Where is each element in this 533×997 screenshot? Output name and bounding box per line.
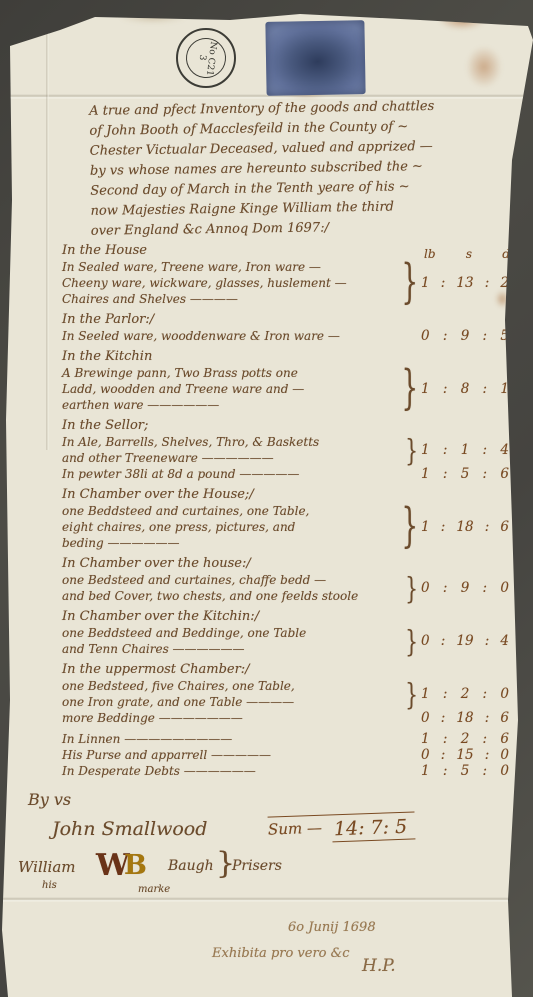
- item-line: eight chaires, one press, pictures, and: [62, 519, 397, 535]
- circular-archive-stamp: No C21 3: [176, 28, 236, 88]
- inventory-row: one Bedsteed, five Chaires, one Table, o…: [62, 678, 509, 710]
- inventory-row: In Sealed ware, Treene ware, Iron ware —…: [62, 259, 509, 307]
- mark-initial-b: B: [124, 850, 147, 881]
- brace-glyph: }: [405, 576, 418, 600]
- rust-stain: [118, 10, 188, 24]
- section-misc: In Linnen ————————— 1:2:6 His Purse and …: [62, 731, 509, 779]
- section-heading: In Chamber over the House;/: [62, 487, 509, 503]
- item-line: A Brewinge pann, Two Brass potts one: [62, 365, 397, 381]
- item-line: one Bedsteed, five Chaires, one Table,: [62, 678, 401, 694]
- brace-glyph: }: [401, 375, 418, 404]
- section-sellor: In the Sellor; In Ale, Barrells, Shelves…: [62, 418, 509, 482]
- sum-total: Sum — 14: 7: 5: [268, 811, 416, 844]
- inventory-row: more Beddinge ——————— 0:18:6: [62, 710, 509, 726]
- item-line: In Desperate Debts ——————: [62, 763, 417, 779]
- section-heading: In the Kitchin: [62, 349, 509, 365]
- item-line: In Sealed ware, Treene ware, Iron ware —: [62, 259, 397, 275]
- inventory-row: His Purse and apparrell ————— 0:15:0: [62, 747, 509, 763]
- item-line: and Tenn Chaires ——————: [62, 641, 401, 657]
- inventory-row: one Beddsteed and curtaines, one Table, …: [62, 503, 509, 551]
- item-line: In pewter 38li at 8d a pound —————: [62, 466, 417, 482]
- brace-glyph: }: [405, 682, 418, 706]
- amount-value: 1:2:0: [421, 686, 509, 702]
- item-line: and other Treeneware ——————: [62, 450, 401, 466]
- item-line: Ladd, woodden and Treene ware and —: [62, 381, 397, 397]
- sum-label: Sum —: [268, 819, 323, 839]
- amount-value: 0:9:5: [421, 328, 509, 344]
- header-line: over England &c Annoq Dom 1697:/: [91, 216, 489, 242]
- item-line: more Beddinge ———————: [62, 710, 417, 726]
- section-kitchin: In the Kitchin A Brewinge pann, Two Bras…: [62, 349, 509, 413]
- item-line: In Ale, Barrells, Shelves, Thro, & Baske…: [62, 434, 401, 450]
- prisers-label: Prisers: [232, 858, 282, 874]
- inventory-row: In Seeled ware, wooddenware & Iron ware …: [62, 328, 509, 344]
- appraiser-last-name: Baugh: [168, 858, 214, 874]
- inventory-row: In Linnen ————————— 1:2:6: [62, 731, 509, 747]
- rust-stain: [466, 46, 502, 88]
- appraiser-signature-mark-row: William his W B marke Baugh } Prisers: [18, 852, 338, 900]
- his-label: his: [42, 880, 57, 891]
- item-line: beding ——————: [62, 535, 397, 551]
- item-line: one Beddsteed and Beddinge, one Table: [62, 625, 401, 641]
- section-uppermost-chamber: In the uppermost Chamber:/ one Bedsteed,…: [62, 662, 509, 726]
- section-house: In the House In Sealed ware, Treene ware…: [62, 243, 509, 307]
- manuscript-photo: No C21 3 A true and pfect Inventory of t…: [0, 0, 533, 997]
- amount-value: 1:18:6: [421, 519, 509, 535]
- amount-value: 0:19:4: [421, 633, 509, 649]
- inventory-row: In pewter 38li at 8d a pound ————— 1:5:6: [62, 466, 509, 482]
- amount-value: 1:13:2: [421, 275, 509, 291]
- amount-value: 1:5:6: [421, 466, 509, 482]
- inventory-row: A Brewinge pann, Two Brass potts one Lad…: [62, 365, 509, 413]
- appraiser-signature-smallwood: John Smallwood: [52, 818, 207, 840]
- section-heading: In the Parlor:/: [62, 312, 509, 328]
- marke-label: marke: [138, 884, 170, 895]
- item-line: Cheeny ware, wickware, glasses, huslemen…: [62, 275, 397, 291]
- sum-value: 14: 7: 5: [332, 815, 416, 842]
- section-parlor: In the Parlor:/ In Seeled ware, wooddenw…: [62, 312, 509, 344]
- brace-glyph: }: [401, 513, 418, 542]
- item-line: one Beddsteed and curtaines, one Table,: [62, 503, 397, 519]
- amount-value: 1:5:0: [421, 763, 509, 779]
- item-line: In Seeled ware, wooddenware & Iron ware …: [62, 328, 417, 344]
- section-heading: In the Sellor;: [62, 418, 509, 434]
- archive-stamp-text: No C21 3: [184, 36, 229, 81]
- item-line: earthen ware ——————: [62, 397, 397, 413]
- mark-initial-w: W: [96, 848, 128, 883]
- item-line: His Purse and apparrell —————: [62, 747, 417, 763]
- section-chamber-over-house: In Chamber over the House;/ one Beddstee…: [62, 487, 509, 551]
- rust-stain: [438, 10, 486, 30]
- amount-value: 1:2:6: [421, 731, 509, 747]
- inventory-row: one Beddsteed and Beddinge, one Table an…: [62, 625, 509, 657]
- probate-date: 6o Junij 1698: [288, 920, 376, 935]
- item-line: Chaires and Shelves ————: [62, 291, 397, 307]
- inventory-row: In Ale, Barrells, Shelves, Thro, & Baske…: [62, 434, 509, 466]
- inventory-header: A true and pfect Inventory of the goods …: [89, 96, 489, 242]
- amount-value: 1:1:4: [421, 442, 509, 458]
- blue-revenue-stamp-icon: [265, 20, 365, 96]
- amount-value: 0:9:0: [421, 580, 509, 596]
- inventory-row: In Desperate Debts —————— 1:5:0: [62, 763, 509, 779]
- amount-value: 1:8:1: [421, 381, 509, 397]
- by-us-label: By vs: [28, 790, 71, 809]
- section-chamber-over-house-2: In Chamber over the house:/ one Bedsteed…: [62, 556, 509, 604]
- item-line: one Iron grate, and one Table ————: [62, 694, 401, 710]
- brace-glyph: }: [405, 629, 418, 653]
- vertical-crease: [46, 20, 49, 450]
- amount-value: 0:18:6: [421, 710, 509, 726]
- section-heading: In the uppermost Chamber:/: [62, 662, 509, 678]
- item-line: In Linnen —————————: [62, 731, 417, 747]
- amount-value: 0:15:0: [421, 747, 509, 763]
- section-heading: In Chamber over the house:/: [62, 556, 509, 572]
- inventory-row: one Bedsteed and curtaines, chaffe bedd …: [62, 572, 509, 604]
- brace-glyph: }: [401, 269, 418, 298]
- clerk-initials: H.P.: [362, 956, 396, 976]
- item-line: one Bedsteed and curtaines, chaffe bedd …: [62, 572, 401, 588]
- item-line: and bed Cover, two chests, and one feeld…: [62, 588, 401, 604]
- exhibit-note: Exhibita pro vero &c: [212, 946, 350, 961]
- section-heading: In Chamber over the Kitchin:/: [62, 609, 509, 625]
- brace-glyph: }: [405, 438, 418, 462]
- inventory-sections: In the House In Sealed ware, Treene ware…: [62, 243, 509, 784]
- parchment-sheet: No C21 3 A true and pfect Inventory of t…: [0, 0, 533, 997]
- section-chamber-over-kitchin: In Chamber over the Kitchin:/ one Beddst…: [62, 609, 509, 657]
- section-heading: In the House: [62, 243, 509, 259]
- appraiser-first-name: William: [18, 858, 76, 876]
